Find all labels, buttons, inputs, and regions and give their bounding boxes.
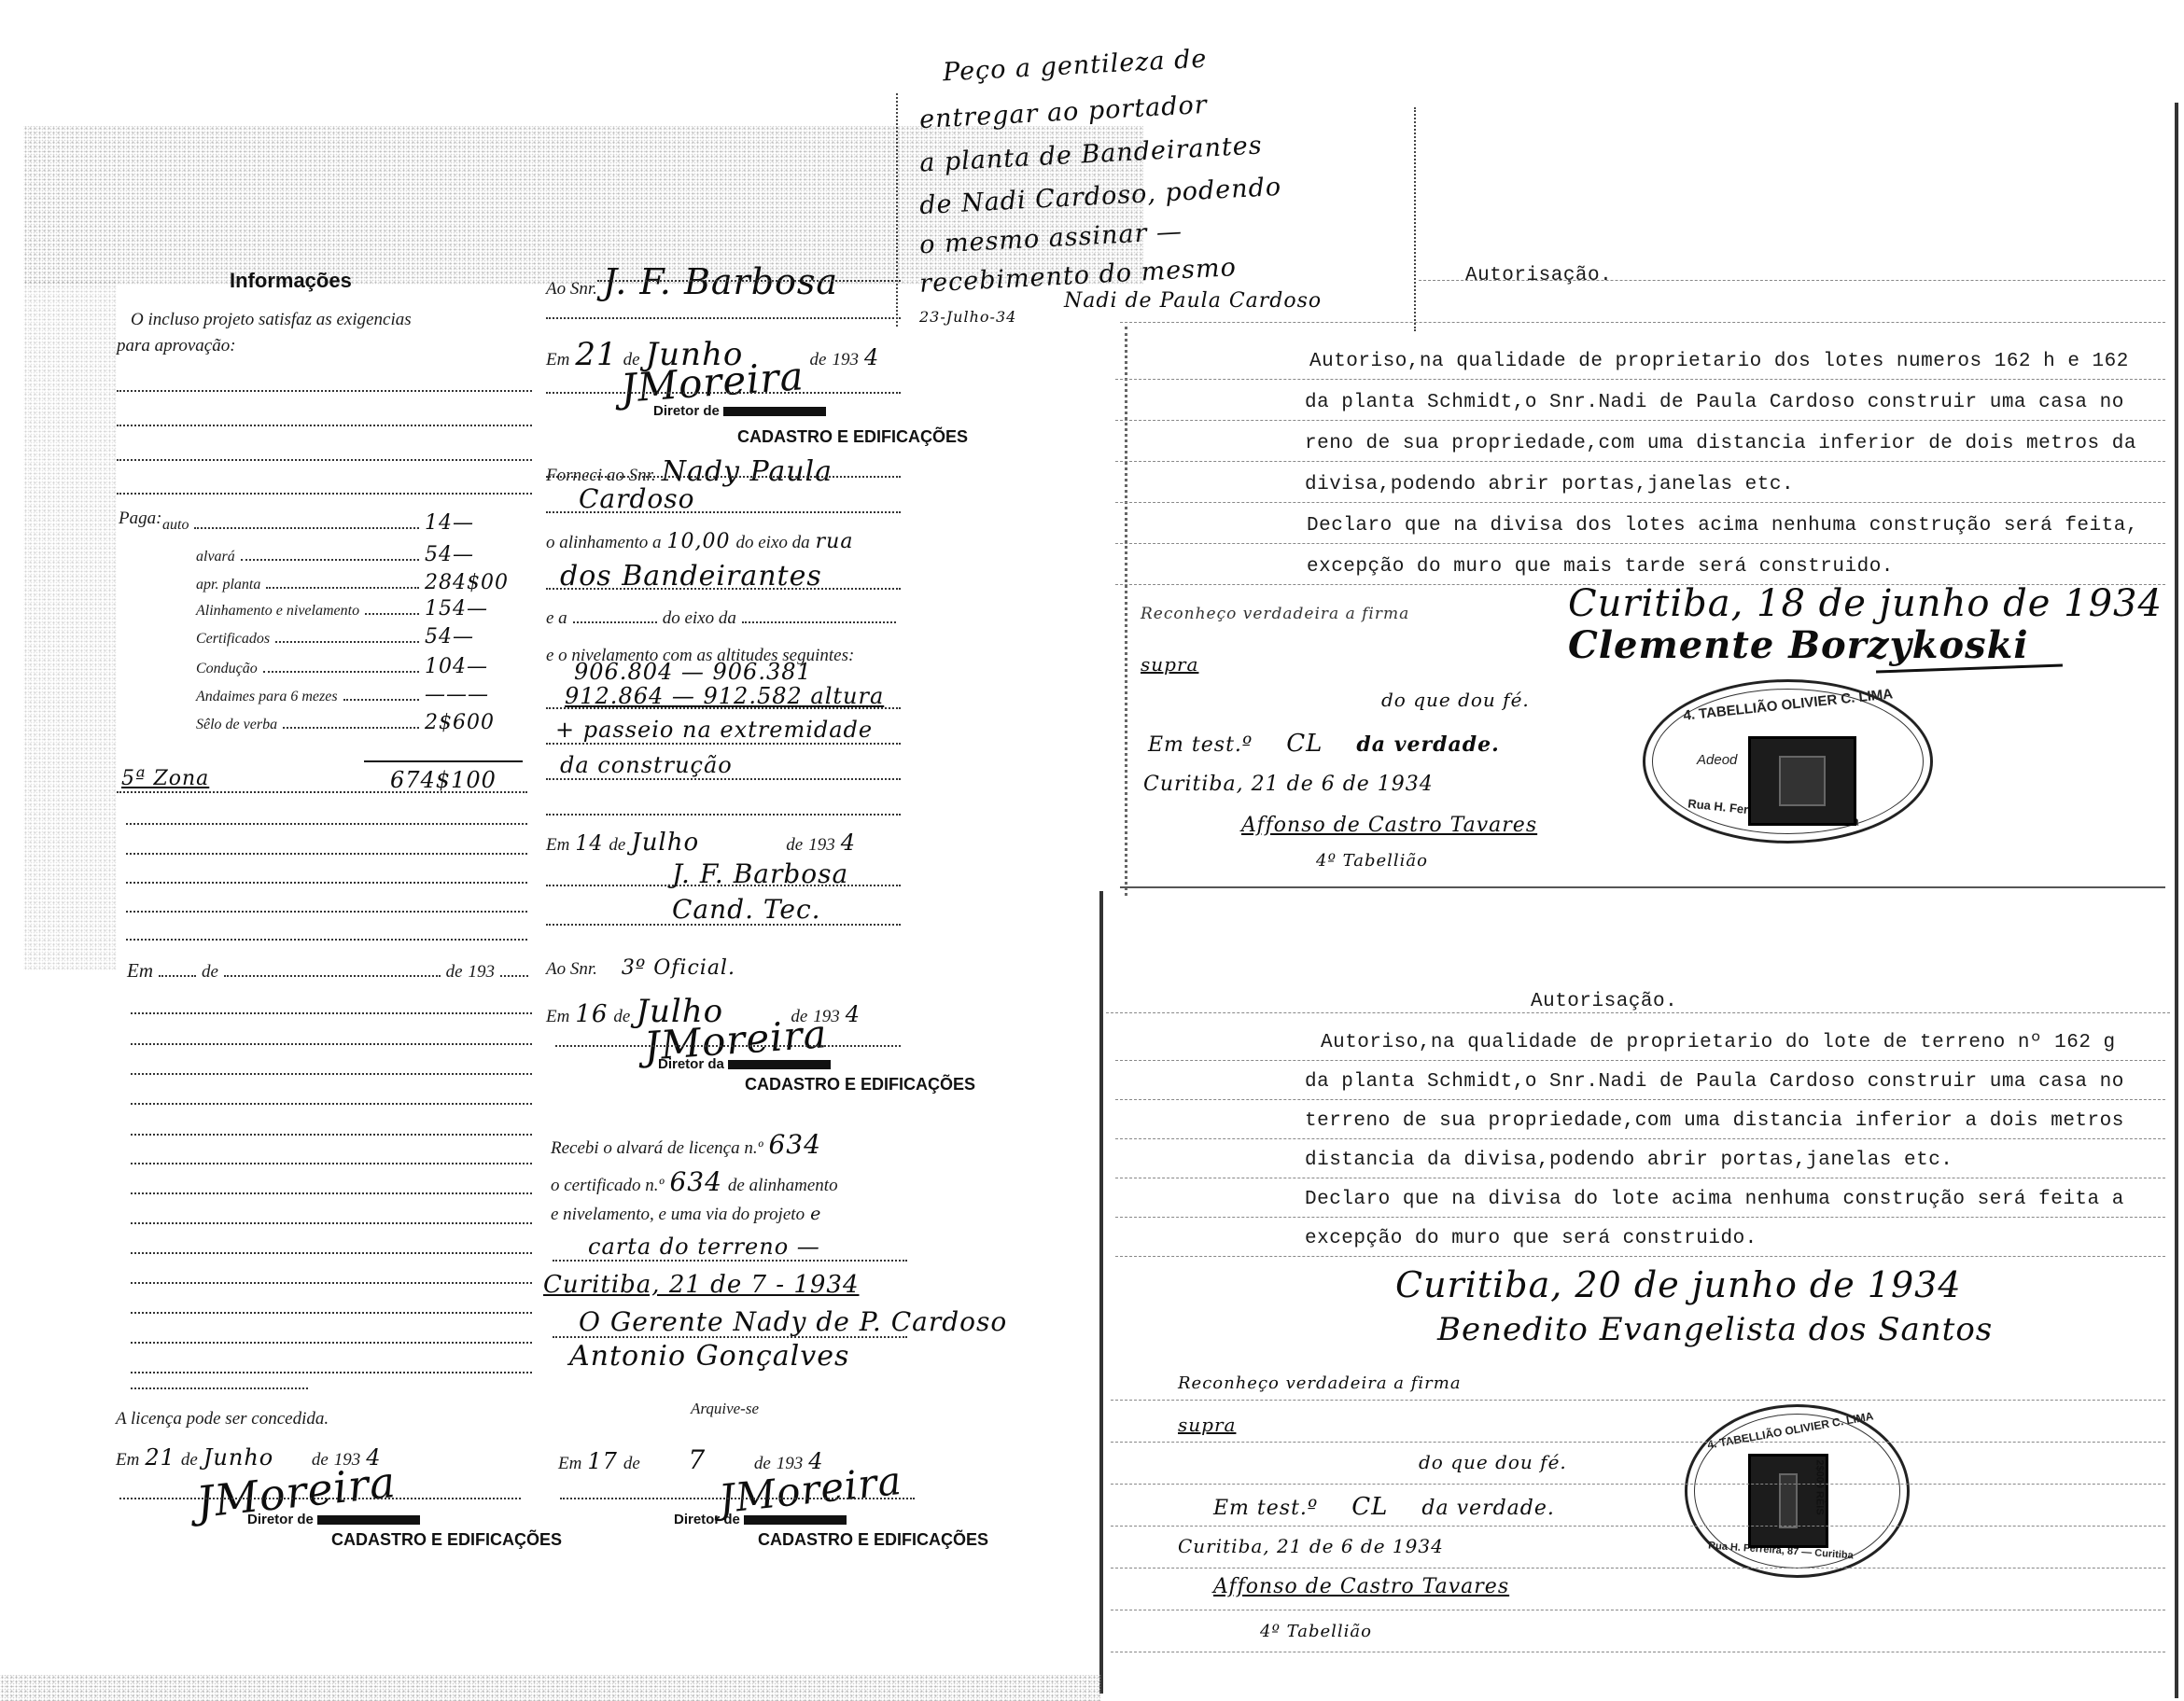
date-day: 14 [575,832,603,856]
blank-line [553,1260,907,1262]
receipt-signer1: O Gerente Nady de P. Cardoso [579,1306,1007,1337]
auth2-notary-line2: supra [1178,1414,1236,1436]
signature-line [546,885,901,886]
typed-line: divisa,podendo abrir portas,janelas etc. [1305,474,1794,495]
director3: Diretor de [674,1512,847,1527]
fee-row: auto14— [162,511,527,535]
ruled-line [1115,543,2165,544]
signature2-title: Cand. Tec. [672,894,821,925]
blank-line [131,1134,532,1136]
revenue-stamp [1748,736,1856,826]
date-year: 193 [832,350,859,370]
dept-stamp-left: CADASTRO E EDIFICAÇÕES [331,1530,562,1550]
date-year: 193 [469,962,496,983]
typed-line: Declaro que na divisa do lote acima nenh… [1305,1189,2124,1210]
fee-row: Sêlo de verba2$600 [196,711,527,734]
auth2-title: Autorisação. [1531,991,1677,1012]
ruled-line [1111,1652,2165,1652]
auth1-notary-line1: Reconheço verdadeira a firma [1141,605,1409,623]
ruled-line [1115,379,2165,380]
fee-value: 2$600 [425,711,527,734]
date-prefix: Em [546,350,569,370]
ruled-line [1111,1568,2165,1569]
ruled-line [1115,1138,2165,1139]
blank-line [546,476,901,478]
fee-label: Sêlo de verba [196,717,277,733]
altitudes-line4: da construção [560,752,733,778]
dept-stamp1: CADASTRO E EDIFICAÇÕES [737,427,968,447]
dept-stamp3: CADASTRO E EDIFICAÇÕES [758,1530,988,1550]
notary-mark: CL [1286,730,1323,758]
date-de: de [181,1450,198,1471]
stamp-value: 2$000 RÉIS [1814,1459,1826,1514]
date-prefix: Em [127,959,153,983]
receipt-line4: carta do terreno — [588,1234,820,1260]
auth1-place-date: Curitiba, 18 de junho de 1934 [1568,582,2163,625]
blank-line [117,459,532,461]
typed-line: excepção do muro que será construido. [1305,1228,1757,1249]
notary-suffix: da verdade. [1356,732,1499,757]
date-de: de [786,835,803,856]
fee-value: 14— [425,511,527,535]
ruled-line [1115,502,2165,503]
note-border-left [896,93,898,327]
auth2-place-date: Curitiba, 20 de junho de 1934 [1395,1264,1962,1305]
auth2-notary-title: 4º Tabellião [1260,1622,1372,1641]
alinhamento-value: 10,00 [667,530,731,553]
fee-row: Certificados54— [196,625,527,648]
blank-line [131,1043,532,1045]
date-prefix: Em [558,1454,581,1474]
blank-line [126,939,527,941]
ruled-line [1111,1400,2165,1401]
blank-line [126,911,527,913]
dept-stamp2: CADASTRO E EDIFICAÇÕES [745,1075,975,1094]
notary-prefix: Em test.º [1148,733,1253,757]
blank-line [546,778,901,780]
date-day: 16 [575,1000,608,1028]
blank-line [546,588,901,590]
signature-line [546,392,901,394]
fee-label: Condução [196,661,258,677]
director-label: Diretor de [247,1512,314,1527]
blank-line [131,1163,532,1164]
auth1-notary-title: 4º Tabellião [1316,851,1428,871]
notary-stamp-1: 4. TABELLIÃO OLIVIER C. LIMA Adeod Rua H… [1643,679,1933,844]
stamp-text-mid: Adeod [1697,752,1737,768]
receipt-line3-hand: e [810,1204,821,1224]
ruled-line [1115,1099,2165,1100]
notary-mark: CL [1351,1493,1388,1521]
receipt-line2-prefix: o certificado n.º [551,1176,664,1196]
ruled-line [1111,1610,2165,1610]
ruled-line [1115,1217,2165,1218]
total-label: 5ª Zona [121,767,209,790]
blank-line [546,511,901,513]
fees-label: Paga: [119,509,161,529]
alinhamento-street: rua [816,530,854,553]
receipt-signer2: Antonio Gonçalves [569,1340,849,1373]
intro-line-1: O incluso projeto satisfaz as exigencias [131,310,412,330]
to-name: J. F. Barbosa [603,261,838,302]
informacoes-title: Informações [230,269,352,293]
margin-note-line: Peço a gentileza de [942,45,1208,88]
ruled-line [1115,1060,2165,1061]
typed-line: terreno de sua propriedade,com uma dista… [1305,1110,2124,1132]
fee-label: auto [162,517,189,534]
receipt-line1: Recebi o alvará de licença n.º 634 [551,1129,821,1160]
receipt-line2: o certificado n.º 634 de alinhamento [551,1166,838,1197]
blank-line [126,823,527,825]
notary-suffix: da verdade. [1421,1497,1554,1520]
typed-line: reno de sua propriedade,com uma distanci… [1305,433,2136,454]
blank-line [131,1312,532,1314]
to2-line: Ao Snr. 3º Oficial. [546,956,735,980]
blank-line [126,882,527,884]
fee-label: alvará [196,549,235,565]
fee-value: 154— [425,597,527,620]
date-month: Julho [631,829,780,857]
typed-line: Autoriso,na qualidade de proprietario do… [1309,351,2129,372]
notary-prefix: Em test.º [1213,1497,1318,1520]
header-rule [1106,1012,2170,1013]
e-a-suffix: do eixo da [663,608,736,629]
to-line: Ao Snr. J. F. Barbosa [546,261,838,302]
blank-line [126,853,527,855]
margin-note-date: 23-Julho-34 [919,308,1016,326]
date-prefix: Em [546,1007,569,1027]
redaction-bar [723,407,826,416]
certificate-number: 634 [669,1166,721,1197]
typed-line: Declaro que na divisa dos lotes acima ne… [1307,515,2138,537]
forneci-name2: Cardoso [579,483,695,514]
auth1-notary-line2: supra [1141,653,1198,676]
date-prefix: Em [116,1450,139,1471]
fee-value: 54— [425,625,527,648]
total-line [117,791,527,793]
auth1-title: Autorisação. [1465,265,1612,286]
to-underline [597,280,901,282]
date-de: de [446,962,463,983]
blank-line [131,1252,532,1254]
to-label: Ao Snr. [546,959,597,980]
license-number: 634 [768,1129,820,1160]
date-month: 7 [646,1444,749,1475]
date2-line: Em 14 de Julho de 1934 [546,829,856,857]
date-day: 21 [575,336,617,373]
e-a-line: e a do eixo da [546,608,896,629]
typed-line: distancia da divisa,podendo abrir portas… [1305,1150,1953,1171]
blank-line [546,317,901,319]
to-label: Ao Snr. [546,279,597,300]
note-border-right [1414,107,1416,331]
blank-line [131,1103,532,1105]
redaction-bar [728,1060,831,1069]
auth2-notary-date: Curitiba, 21 de 6 de 1934 [1178,1535,1444,1557]
ruled-line [1111,1484,2165,1485]
ruled-line [1115,1178,2165,1178]
total-rule [364,760,523,762]
altitudes-line3: + passeio na extremidade [555,717,873,743]
blank-line [117,425,532,426]
fee-value: 284$00 [425,571,527,594]
scan-noise-bottom [0,1675,1101,1701]
fee-row: Condução104— [196,655,527,678]
blank-line [546,814,901,816]
typed-line: excepção do muro que mais tarde será con… [1307,556,1894,578]
fee-row: Alinhamento e nivelamento154— [196,597,527,620]
redaction-bar [744,1515,847,1525]
date-year-suffix: 4 [864,344,879,370]
blank-line [131,1073,532,1075]
receipt-date: Curitiba, 21 de 7 - 1934 [543,1271,860,1299]
margin-note-signature: Nadi de Paula Cardoso [1064,289,1322,313]
fee-row: alvará54— [196,543,527,566]
blank-line [546,924,901,926]
auth1-notary-date: Curitiba, 21 de 6 de 1934 [1143,773,1434,796]
receipt-line3: e nivelamento, e uma via do projeto [551,1205,805,1225]
alinhamento-prefix: o alinhamento a [546,533,662,553]
fee-value: 54— [425,543,527,566]
auth2-notary-signature: Affonso de Castro Tavares [1213,1575,1509,1598]
director-label-left: Diretor de [247,1512,420,1527]
archive-label: Arquive-se [691,1400,759,1418]
altitudes-line2: 912.864 — 912.582 altura [565,683,884,709]
total-value: 674$100 [390,767,497,793]
sheet1-border-left [1125,327,1127,896]
ruled-line [1115,461,2165,462]
blank-line [117,493,532,495]
fee-label: Andaimes para 6 mezes [196,689,338,705]
auth1-notary-line4: Em test.º CL da verdade. [1148,730,1500,758]
ruled-line [1111,1442,2165,1443]
blank-line [553,1336,907,1338]
director-label: Diretor de [653,403,720,419]
alinhamento-line: o alinhamento a 10,00 do eixo da rua [546,530,853,553]
director1: Diretor de [653,403,826,419]
director-label: Diretor da [658,1056,724,1072]
fee-row: apr. planta284$00 [196,571,527,594]
auth2-notary-line4: Em test.º CL da verdade. [1213,1493,1555,1521]
director2: Diretor da [658,1056,831,1072]
signature-line [555,1045,901,1047]
blank-line [131,1387,308,1389]
date-day: 17 [587,1448,618,1474]
receipt-line2-suffix: de alinhamento [728,1176,838,1196]
date-de: de [202,962,218,983]
auth1-notary-signature: Affonso de Castro Tavares [1241,814,1537,837]
date-de: de [609,835,625,856]
blank-line [131,1282,532,1284]
auth1-notary-line3: do que dou fé. [1381,689,1530,711]
typed-line: Autoriso,na qualidade de proprietario do… [1321,1032,2116,1053]
fee-value: ——— [425,683,527,706]
license-text: A licença pode ser concedida. [116,1409,329,1429]
fee-value: 104— [425,655,527,678]
auth2-notary-line3: do que dou fé. [1419,1451,1567,1473]
alinhamento-suffix: do eixo da [735,533,809,553]
date-year-suffix: 4 [846,1001,861,1027]
redaction-bar [317,1515,420,1525]
fee-label: Alinhamento e nivelamento [196,603,359,620]
blank-line [131,1192,532,1194]
ruled-line [1115,1256,2165,1257]
header-rule [1120,322,2165,323]
blank-line [546,743,901,745]
date-day: 21 [145,1444,175,1471]
director-label: Diretor de [674,1512,740,1527]
left-date-line: Em de de 193 [127,959,528,983]
fee-label: apr. planta [196,577,260,593]
fee-row: Andaimes para 6 mezes——— [196,683,527,706]
date-prefix: Em [546,835,569,856]
blank-line [117,390,532,392]
date-year-suffix: 4 [841,830,856,856]
date-year: 193 [808,835,835,856]
sheet2-border-left [1099,891,1103,1694]
ruled-line [1115,420,2165,421]
date-de: de [810,350,827,370]
typed-line: da planta Schmidt,o Snr.Nadi de Paula Ca… [1305,1071,2124,1093]
date-de: de [623,1454,640,1474]
blank-line [131,1012,532,1014]
intro-line-2: para aprovação: [117,336,236,356]
fee-label: Certificados [196,631,270,648]
auth2-signature: Benedito Evangelista dos Santos [1437,1311,1993,1348]
signature-line [560,1498,915,1499]
blank-line [131,1372,532,1373]
date-de: de [613,1007,630,1027]
to-name: 3º Oficial. [622,956,735,980]
notary-stamp-2: 4. TABELLIÃO OLIVIER C. LIMA Rua H. Ferr… [1685,1404,1910,1578]
ruled-line [1111,1526,2165,1527]
blank-line [546,707,901,709]
scan-noise-left [23,280,117,970]
sheet-border-right [2175,103,2178,1698]
sheet1-bottom [1120,886,2165,888]
signature-line [119,1498,521,1499]
altitudes-line1: 906.804 — 906.381 [574,659,812,685]
receipt-line1-prefix: Recebi o alvará de licença n.º [551,1138,763,1159]
typed-line: da planta Schmidt,o Snr.Nadi de Paula Ca… [1305,392,2124,413]
auth1-signature: Clemente Borzykoski [1568,623,2029,667]
e-a-prefix: e a [546,608,567,629]
blank-line [131,1342,532,1344]
auth2-notary-line1: Reconheço verdadeira a firma [1178,1373,1462,1393]
receipt-line3: e nivelamento, e uma via do projeto e [551,1204,821,1225]
blank-line [131,1222,532,1224]
